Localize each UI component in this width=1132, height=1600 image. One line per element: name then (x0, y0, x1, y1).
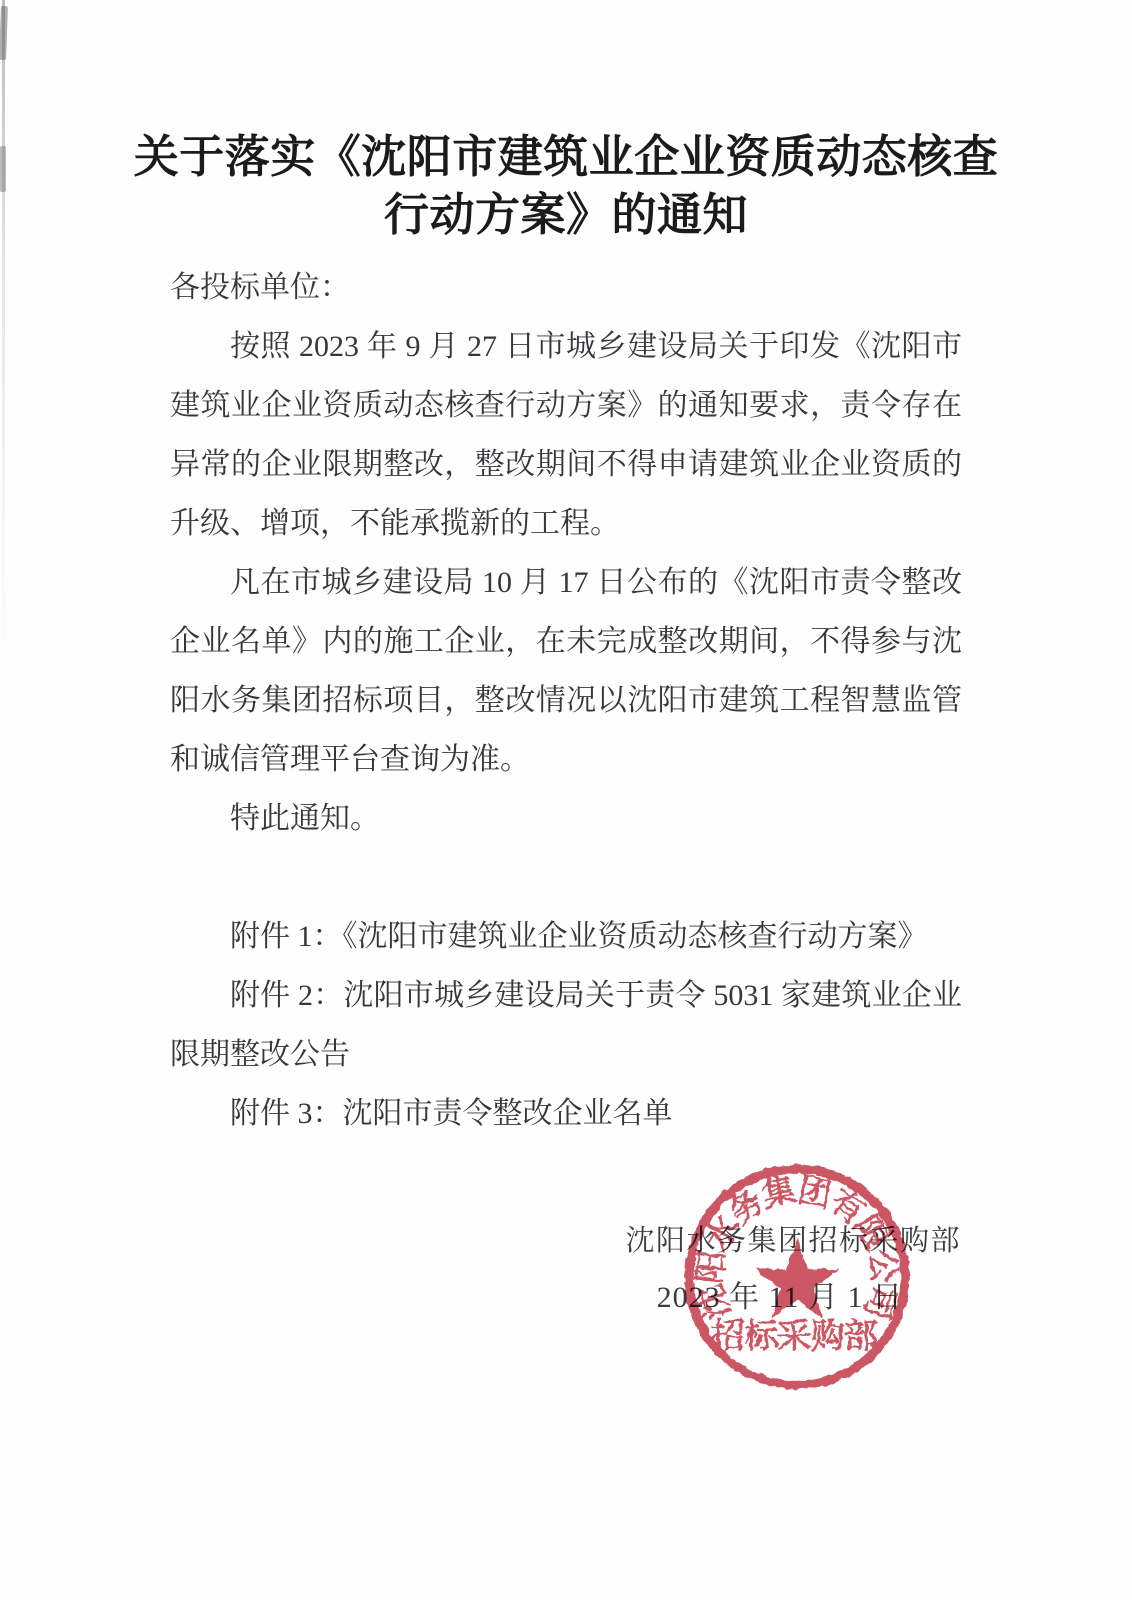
seal-star-icon (755, 1239, 839, 1319)
seal-bottom-text: 招标采购部 (711, 1318, 879, 1356)
document-body: 各投标单位： 按照 2023 年 9 月 27 日市城乡建设局关于印发《沈阳市建… (170, 258, 962, 1143)
salutation: 各投标单位： (170, 258, 962, 317)
paragraph-1: 按照 2023 年 9 月 27 日市城乡建设局关于印发《沈阳市建筑业企业资质动… (170, 317, 962, 553)
official-seal-stamp: 沈 阳 水 务 集 团 有 限 公 司 招标采购部 (676, 1156, 918, 1398)
closing-line: 特此通知。 (170, 789, 962, 848)
document-title: 关于落实《沈阳市建筑业企业资质动态核查 行动方案》的通知 (0, 128, 1132, 244)
title-line-1: 关于落实《沈阳市建筑业企业资质动态核查 (0, 128, 1132, 186)
seal-char: 集 (759, 1171, 799, 1215)
attachment-item-1: 附件 1：《沈阳市建筑业企业资质动态核查行动方案》 (170, 907, 962, 966)
spacer (170, 848, 962, 907)
attachment-item-2: 附件 2：沈阳市城乡建设局关于责令 5031 家建筑业企业限期整改公告 (170, 966, 962, 1084)
scan-edge-line (2, 0, 5, 660)
notice-document-page: 关于落实《沈阳市建筑业企业资质动态核查 行动方案》的通知 各投标单位： 按照 2… (0, 0, 1132, 1600)
paragraph-2: 凡在市城乡建设局 10 月 17 日公布的《沈阳市责令整改企业名单》内的施工企业… (170, 553, 962, 789)
attachment-item-3: 附件 3：沈阳市责令整改企业名单 (170, 1084, 962, 1143)
title-line-2: 行动方案》的通知 (0, 186, 1132, 244)
scan-edge-mark (0, 6, 8, 60)
